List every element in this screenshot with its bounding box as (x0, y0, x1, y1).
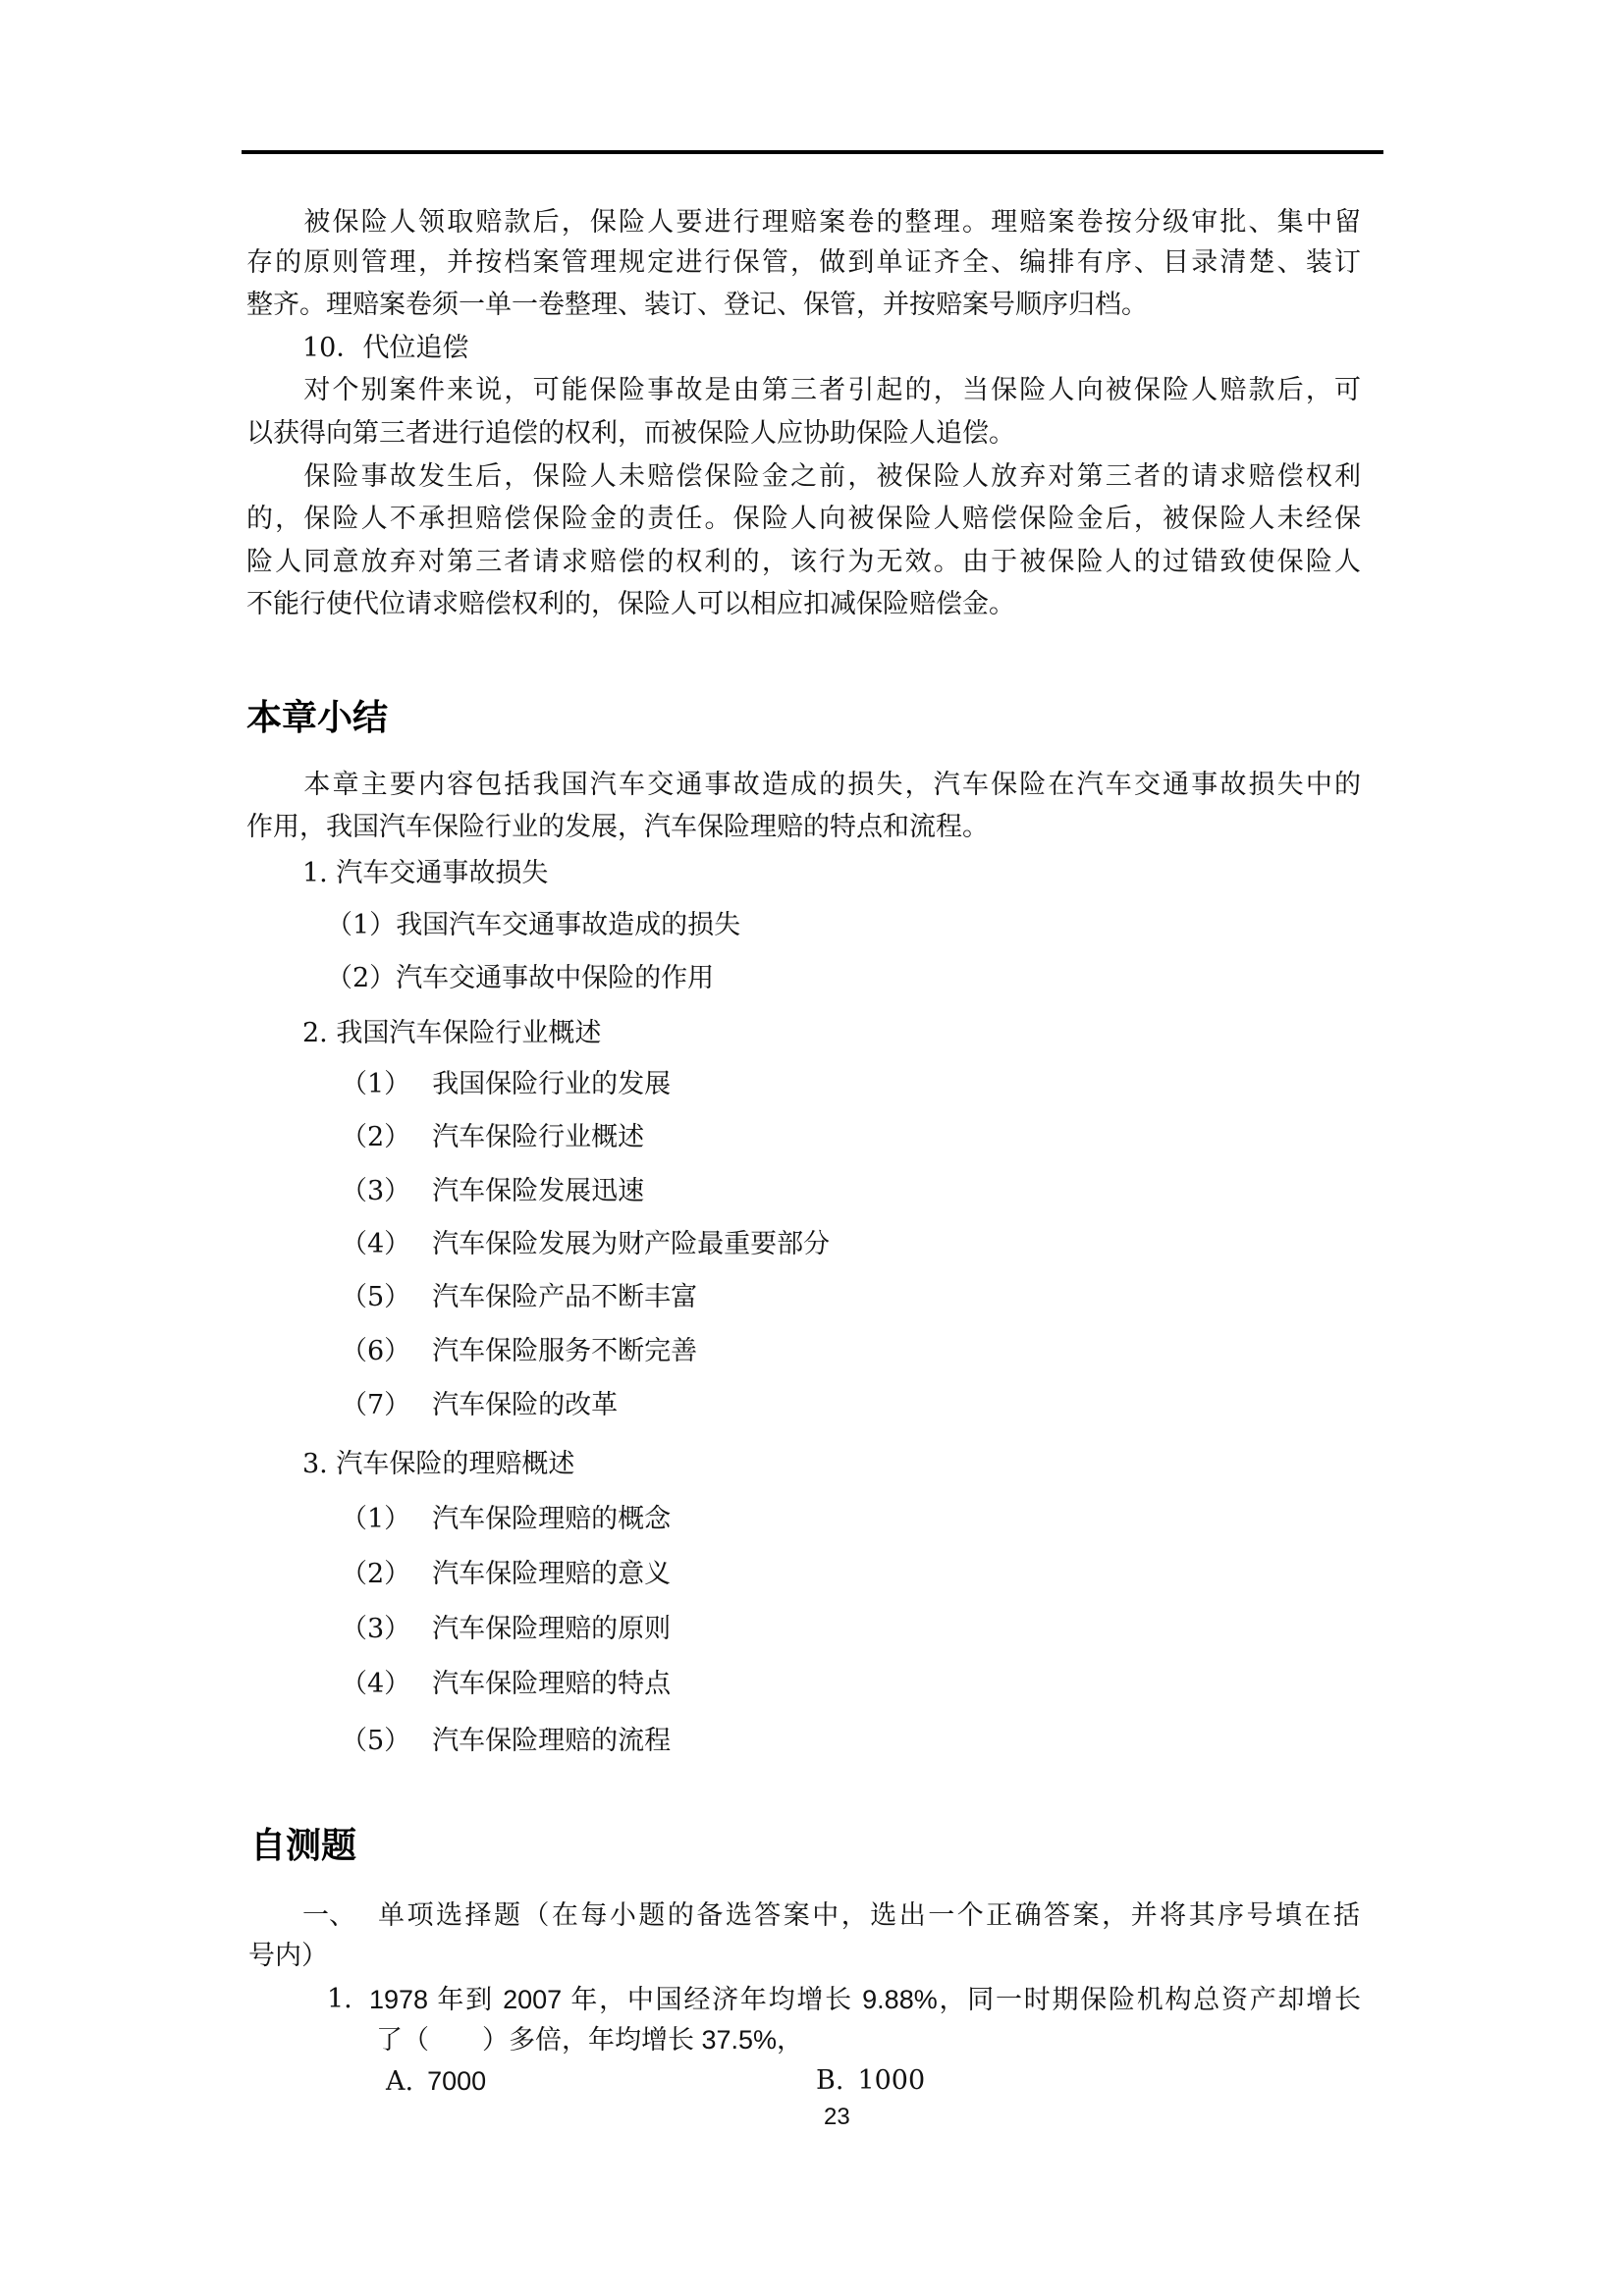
item-text: 汽车保险理赔的特点 (432, 1669, 671, 1699)
item-number: （1） (326, 910, 396, 940)
item-number: （5） (341, 1282, 410, 1312)
paragraph-line: 保险事故发生后，保险人未赔偿保险金之前，被保险人放弃对第三者的请求赔偿权利 (246, 460, 1361, 494)
summary-item: （3）汽车保险理赔的原则 (341, 1613, 671, 1646)
paragraph-line: 整齐。理赔案卷须一单一卷整理、装订、登记、保管，并按赔案号顺序归档。 (246, 289, 1361, 322)
option-value: 7000 (427, 2066, 486, 2096)
item-text: 汽车保险发展为财产险最重要部分 (432, 1229, 830, 1259)
question-text-cont: 了（ ）多倍，年均增长 37.5%， (376, 2023, 803, 2056)
option-b: B.1000 (816, 2064, 925, 2098)
item-number: （6） (341, 1336, 410, 1366)
summary-item: （4）汽车保险理赔的特点 (341, 1668, 671, 1701)
item-number: （2） (341, 1122, 410, 1152)
item-text: 汽车保险的改革 (432, 1390, 618, 1420)
part1-instructions-cont: 号内） (248, 1940, 328, 1973)
item-text: 汽车保险理赔的意义 (432, 1559, 671, 1589)
item-text: 汽车保险理赔的流程 (432, 1726, 671, 1756)
item-text: 汽车保险行业概述 (432, 1122, 644, 1152)
summary-heading: 本章小结 (246, 699, 388, 738)
item-number: （2） (326, 963, 396, 993)
summary-section-title: 2. 我国汽车保险行业概述 (302, 1017, 601, 1050)
summary-item: （3）汽车保险发展迅速 (341, 1175, 644, 1208)
item-text: 汽车保险产品不断丰富 (432, 1282, 697, 1312)
item-number: （3） (341, 1614, 410, 1644)
summary-section-title: 1. 汽车交通事故损失 (302, 857, 548, 890)
paragraph-line: 存的原则管理，并按档案管理规定进行保管，做到单证齐全、编排有序、目录清楚、装订 (246, 246, 1361, 280)
option-label: B. (816, 2065, 843, 2096)
summary-item: （4）汽车保险发展为财产险最重要部分 (341, 1228, 830, 1261)
summary-item: （2）汽车保险行业概述 (341, 1121, 644, 1154)
item-number: （7） (341, 1390, 410, 1420)
paragraph-line: 的，保险人不承担赔偿保险金的责任。保险人向被保险人赔偿保险金后，被保险人未经保 (246, 503, 1361, 536)
option-value: 1000 (857, 2065, 925, 2096)
item-number: （3） (341, 1176, 410, 1206)
item-number: （1） (341, 1069, 410, 1099)
question-number: 1. (327, 1983, 352, 2016)
paragraph-line: 对个别案件来说，可能保险事故是由第三者引起的，当保险人向被保险人赔款后，可 (246, 374, 1361, 407)
paragraph-line: 不能行使代位请求赔偿权利的，保险人可以相应扣减保险赔偿金。 (246, 588, 1361, 621)
part1-number: 一、 (302, 1899, 355, 1933)
summary-item: （5）汽车保险理赔的流程 (341, 1725, 671, 1758)
item-10-title: 10．代位追偿 (302, 332, 468, 365)
item-number: （2） (341, 1559, 410, 1589)
item-text: 我国保险行业的发展 (432, 1069, 671, 1099)
page-number: 23 (824, 2104, 850, 2131)
self-test-heading: 自测题 (250, 1827, 356, 1866)
summary-section-title: 3. 汽车保险的理赔概述 (302, 1448, 574, 1481)
item-number: （1） (341, 1504, 410, 1534)
item-text: 汽车保险发展迅速 (432, 1176, 644, 1206)
item-text: 我国汽车交通事故造成的损失 (396, 910, 740, 940)
summary-intro-line: 作用，我国汽车保险行业的发展，汽车保险理赔的特点和流程。 (246, 811, 1361, 844)
item-number: （5） (341, 1726, 410, 1756)
paragraph-line: 以获得向第三者进行追偿的权利，而被保险人应协助保险人追偿。 (246, 417, 1361, 451)
item-text: 汽车交通事故中保险的作用 (396, 963, 714, 993)
summary-item: （1）我国汽车交通事故造成的损失 (326, 909, 740, 942)
summary-item: （6）汽车保险服务不断完善 (341, 1335, 697, 1368)
item-text: 汽车保险理赔的原则 (432, 1614, 671, 1644)
item-text: 汽车保险理赔的概念 (432, 1504, 671, 1534)
paragraph-line: 被保险人领取赔款后，保险人要进行理赔案卷的整理。理赔案卷按分级审批、集中留 (246, 206, 1361, 240)
part1-instructions: 单项选择题（在每小题的备选答案中，选出一个正确答案，并将其序号填在括 (378, 1899, 1360, 1933)
item-number: （4） (341, 1669, 410, 1699)
summary-item: （7）汽车保险的改革 (341, 1389, 618, 1422)
question-text: 1978 年到 2007 年，中国经济年均增长 9.88%，同一时期保险机构总资… (369, 1983, 1361, 2016)
summary-item: （1）汽车保险理赔的概念 (341, 1503, 671, 1536)
item-number: （4） (341, 1229, 410, 1259)
option-a: A.7000 (386, 2064, 486, 2099)
summary-intro-line: 本章主要内容包括我国汽车交通事故造成的损失，汽车保险在汽车交通事故损失中的 (246, 769, 1361, 802)
header-rule (242, 150, 1383, 154)
paragraph-line: 险人同意放弃对第三者请求赔偿的权利的，该行为无效。由于被保险人的过错致使保险人 (246, 546, 1361, 579)
option-label: A. (386, 2066, 413, 2097)
summary-item: （2）汽车交通事故中保险的作用 (326, 962, 714, 995)
item-text: 汽车保险服务不断完善 (432, 1336, 697, 1366)
summary-item: （2）汽车保险理赔的意义 (341, 1558, 671, 1591)
summary-item: （1）我国保险行业的发展 (341, 1068, 671, 1101)
summary-item: （5）汽车保险产品不断丰富 (341, 1281, 697, 1314)
document-page: 被保险人领取赔款后，保险人要进行理赔案卷的整理。理赔案卷按分级审批、集中留 存的… (0, 0, 1624, 2296)
